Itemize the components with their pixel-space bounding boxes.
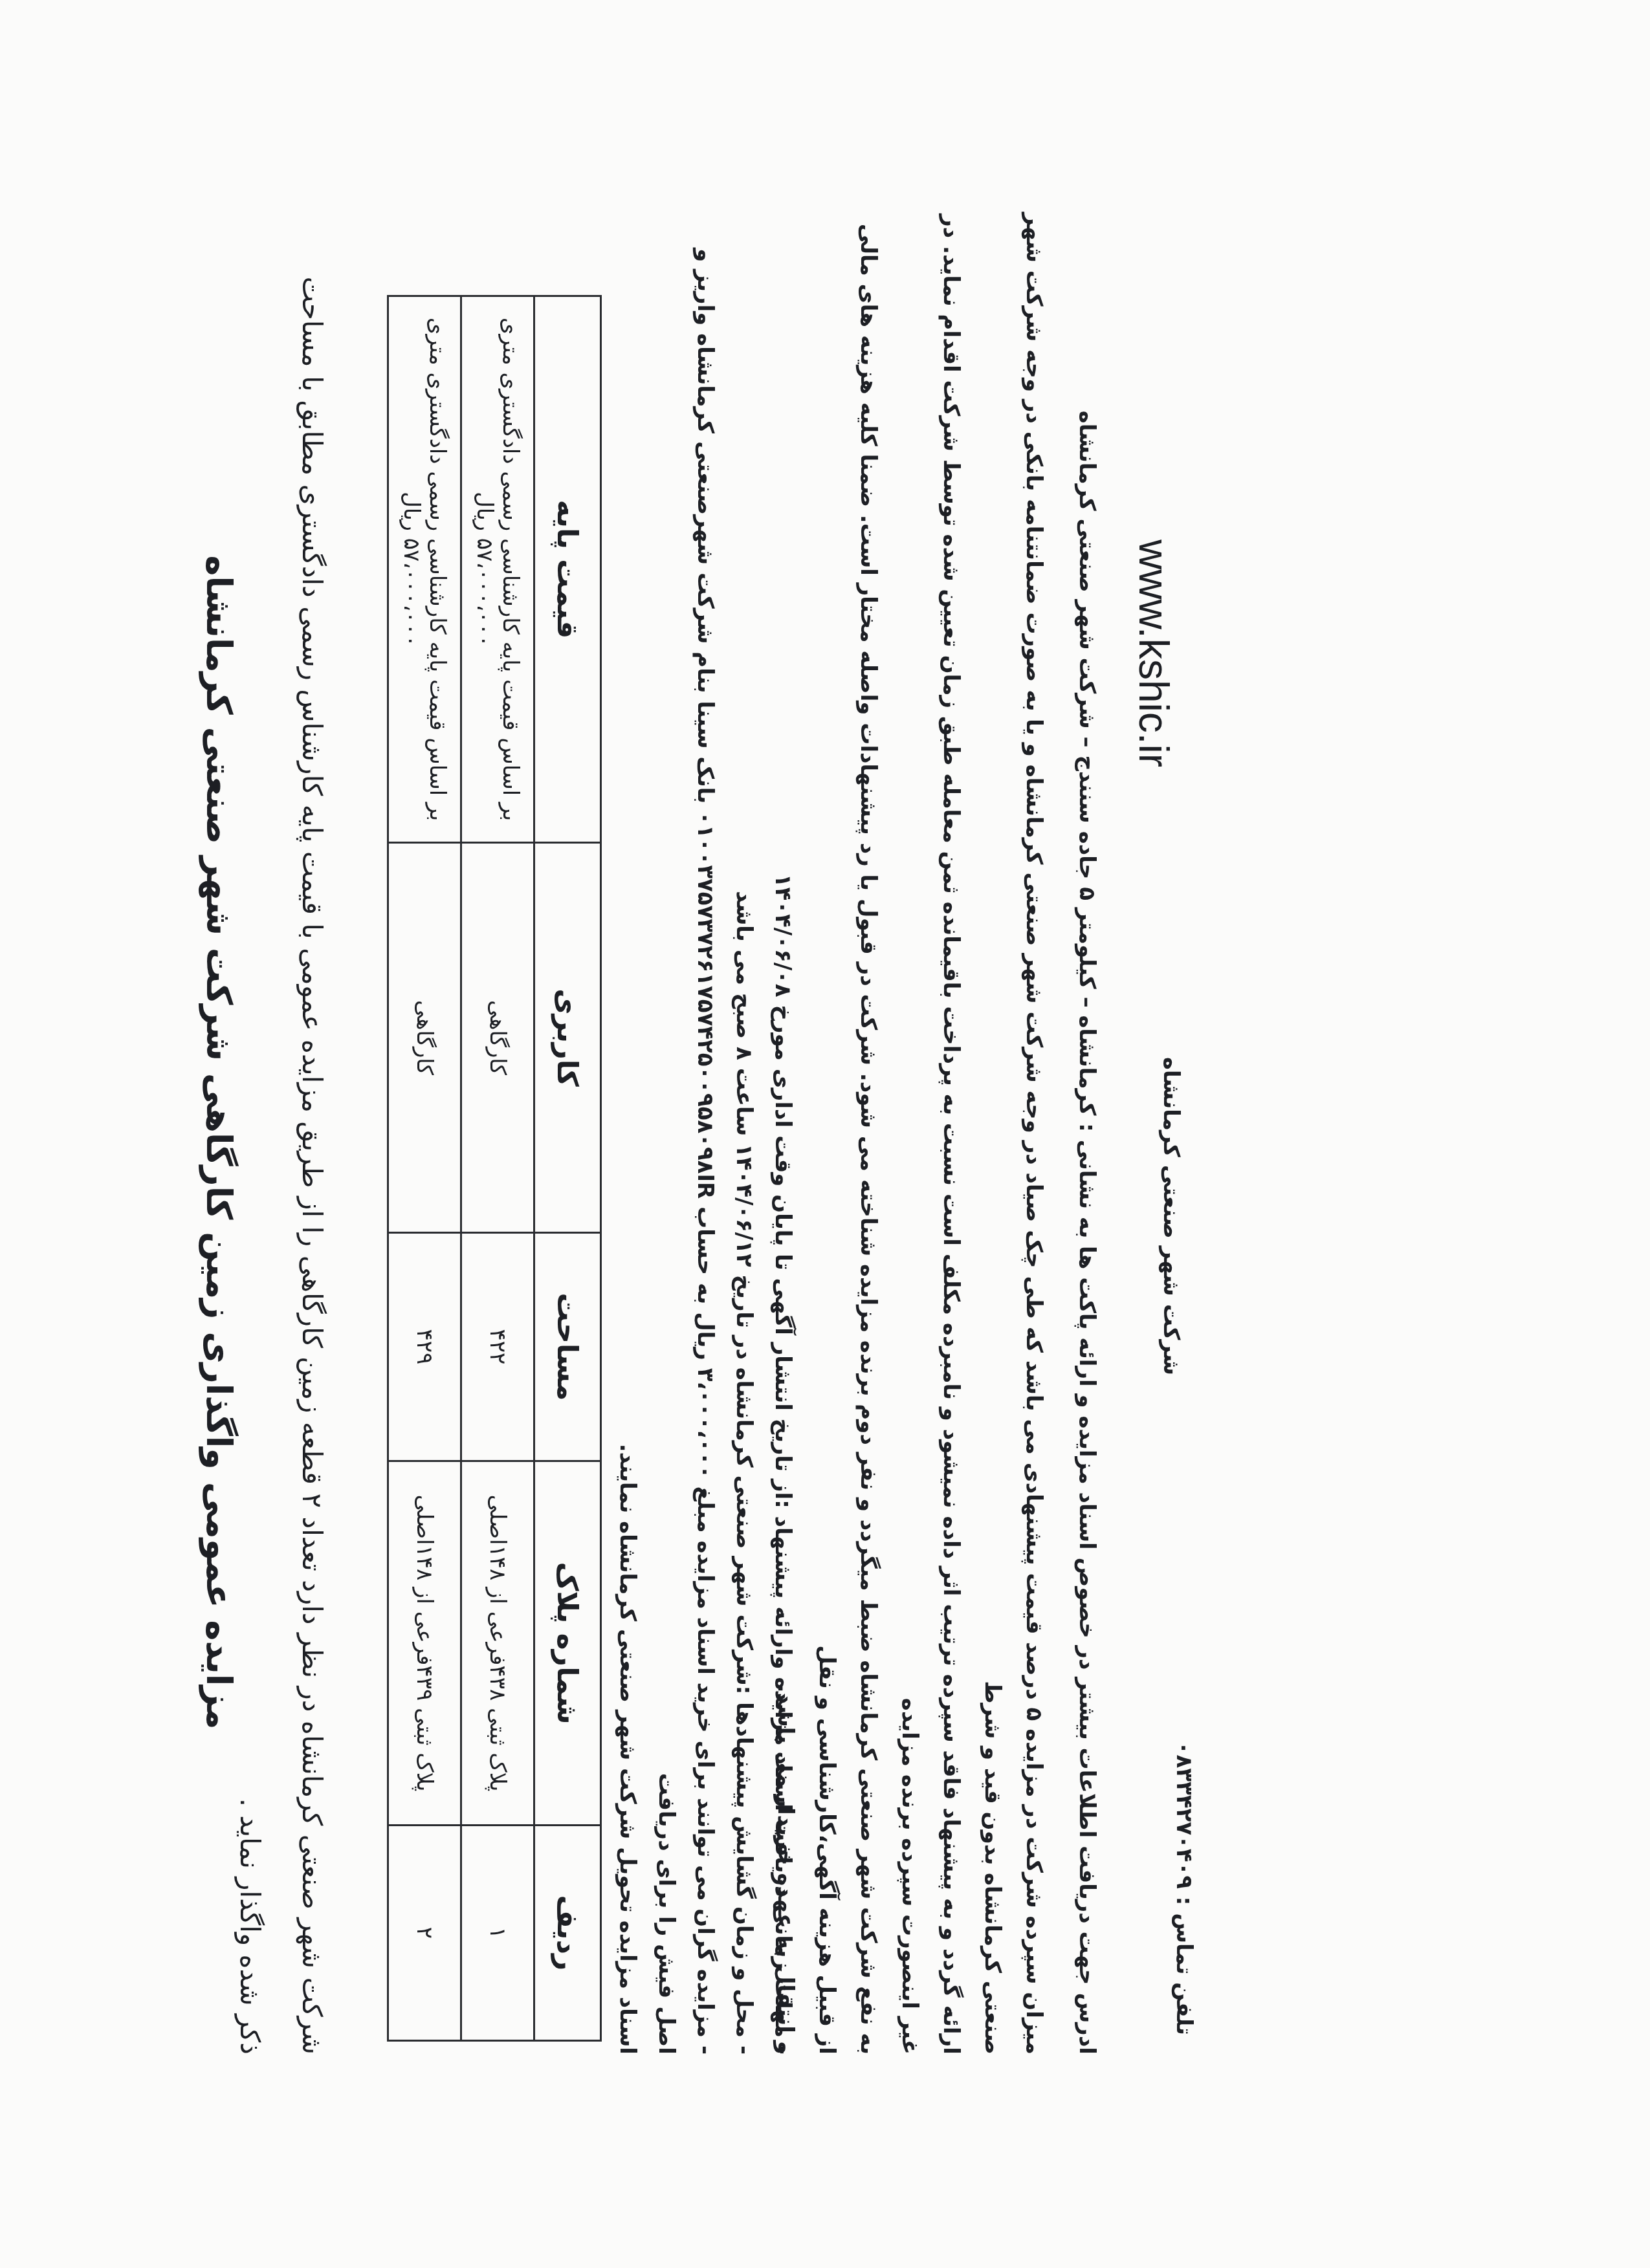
table-header-row: ردیف شماره پلاک مساحت کاربری قیمت پایه xyxy=(534,296,601,2041)
header-usage: کاربری xyxy=(534,843,601,1233)
deposit-terms: میزان سپرده شرکت در مزایده ۵ درصد قیمت پ… xyxy=(765,211,1055,2055)
cell-plate-number: پلاک ثبتی ۴۳۸فرعی از ۱۴۸اصلی xyxy=(461,1461,534,1826)
terms-line: و انتقال به عهده خریدار می باشد. xyxy=(765,211,806,2055)
header-plate-number: شماره پلاک xyxy=(534,1461,601,1826)
header-base-price: قیمت پایه xyxy=(534,296,601,843)
terms-line: به نفع شرکت شهر صنعتی کرمانشاه ضبط میگرد… xyxy=(806,211,889,2055)
table-row: ۱ پلاک ثبتی ۴۳۸فرعی از ۱۴۸اصلی ۴۲۲ کارگا… xyxy=(461,296,534,2041)
header-row-number: ردیف xyxy=(534,1826,601,2041)
terms-line: میزان سپرده شرکت در مزایده ۵ درصد قیمت پ… xyxy=(972,211,1055,2055)
address-line: ادرس جهت دریافت اطلاعات بیشتر در خصوص اس… xyxy=(1074,243,1100,2055)
cell-base-price: بر اساس قیمت پایه کارشناسی رسمی دادگستری… xyxy=(461,296,534,843)
header-area: مساحت xyxy=(534,1233,601,1461)
cell-usage: کارگاهی xyxy=(388,843,461,1233)
website-link[interactable]: www.kshic.ir xyxy=(1130,540,1178,767)
documents-purchase-item: - مزایده گران می توانند برای خرید اسناد … xyxy=(647,243,725,2055)
table-row: ۲ پلاک ثبتی ۴۳۹فرعی از ۱۴۸اصلی ۴۲۹ کارگا… xyxy=(388,296,461,2041)
terms-line: ارائه گردد و به پیشنهاد فاقد سپرده ترتیب… xyxy=(889,211,972,2055)
company-signature: شرکت شهر صنعتی کرمانشاه xyxy=(1158,1057,1184,1375)
intro-paragraph: شرکت شهر صنعتی کرمانشاه در نظر دارد تعدا… xyxy=(219,243,343,2055)
documents-delivery-item: اسناد مزایده تحویل شرکت شهر صنعتی کرمانش… xyxy=(608,243,647,2055)
cell-plate-number: پلاک ثبتی ۴۳۹فرعی از ۱۴۸اصلی xyxy=(388,1461,461,1826)
lots-table: ردیف شماره پلاک مساحت کاربری قیمت پایه ۱… xyxy=(387,295,602,2042)
cell-area: ۴۲۹ xyxy=(388,1233,461,1461)
cell-usage: کارگاهی xyxy=(461,843,534,1233)
cell-row-number: ۲ xyxy=(388,1826,461,2041)
opening-item: - محل و زمان گشایش پیشنهادها :شرکت شهر ص… xyxy=(725,243,764,2055)
notice-page: مزایده عمومی واگذاری زمین کارگاهی شرکت ش… xyxy=(0,0,1650,2268)
cell-base-price: بر اساس قیمت پایه کارشناسی رسمی دادگستری… xyxy=(388,296,461,843)
phone-number: تلفن تماس : ۰۸۳۳۴۲۷۰۴۰۹ xyxy=(1171,1741,1197,2035)
cell-area: ۴۲۲ xyxy=(461,1233,534,1461)
cell-row-number: ۱ xyxy=(461,1826,534,2041)
